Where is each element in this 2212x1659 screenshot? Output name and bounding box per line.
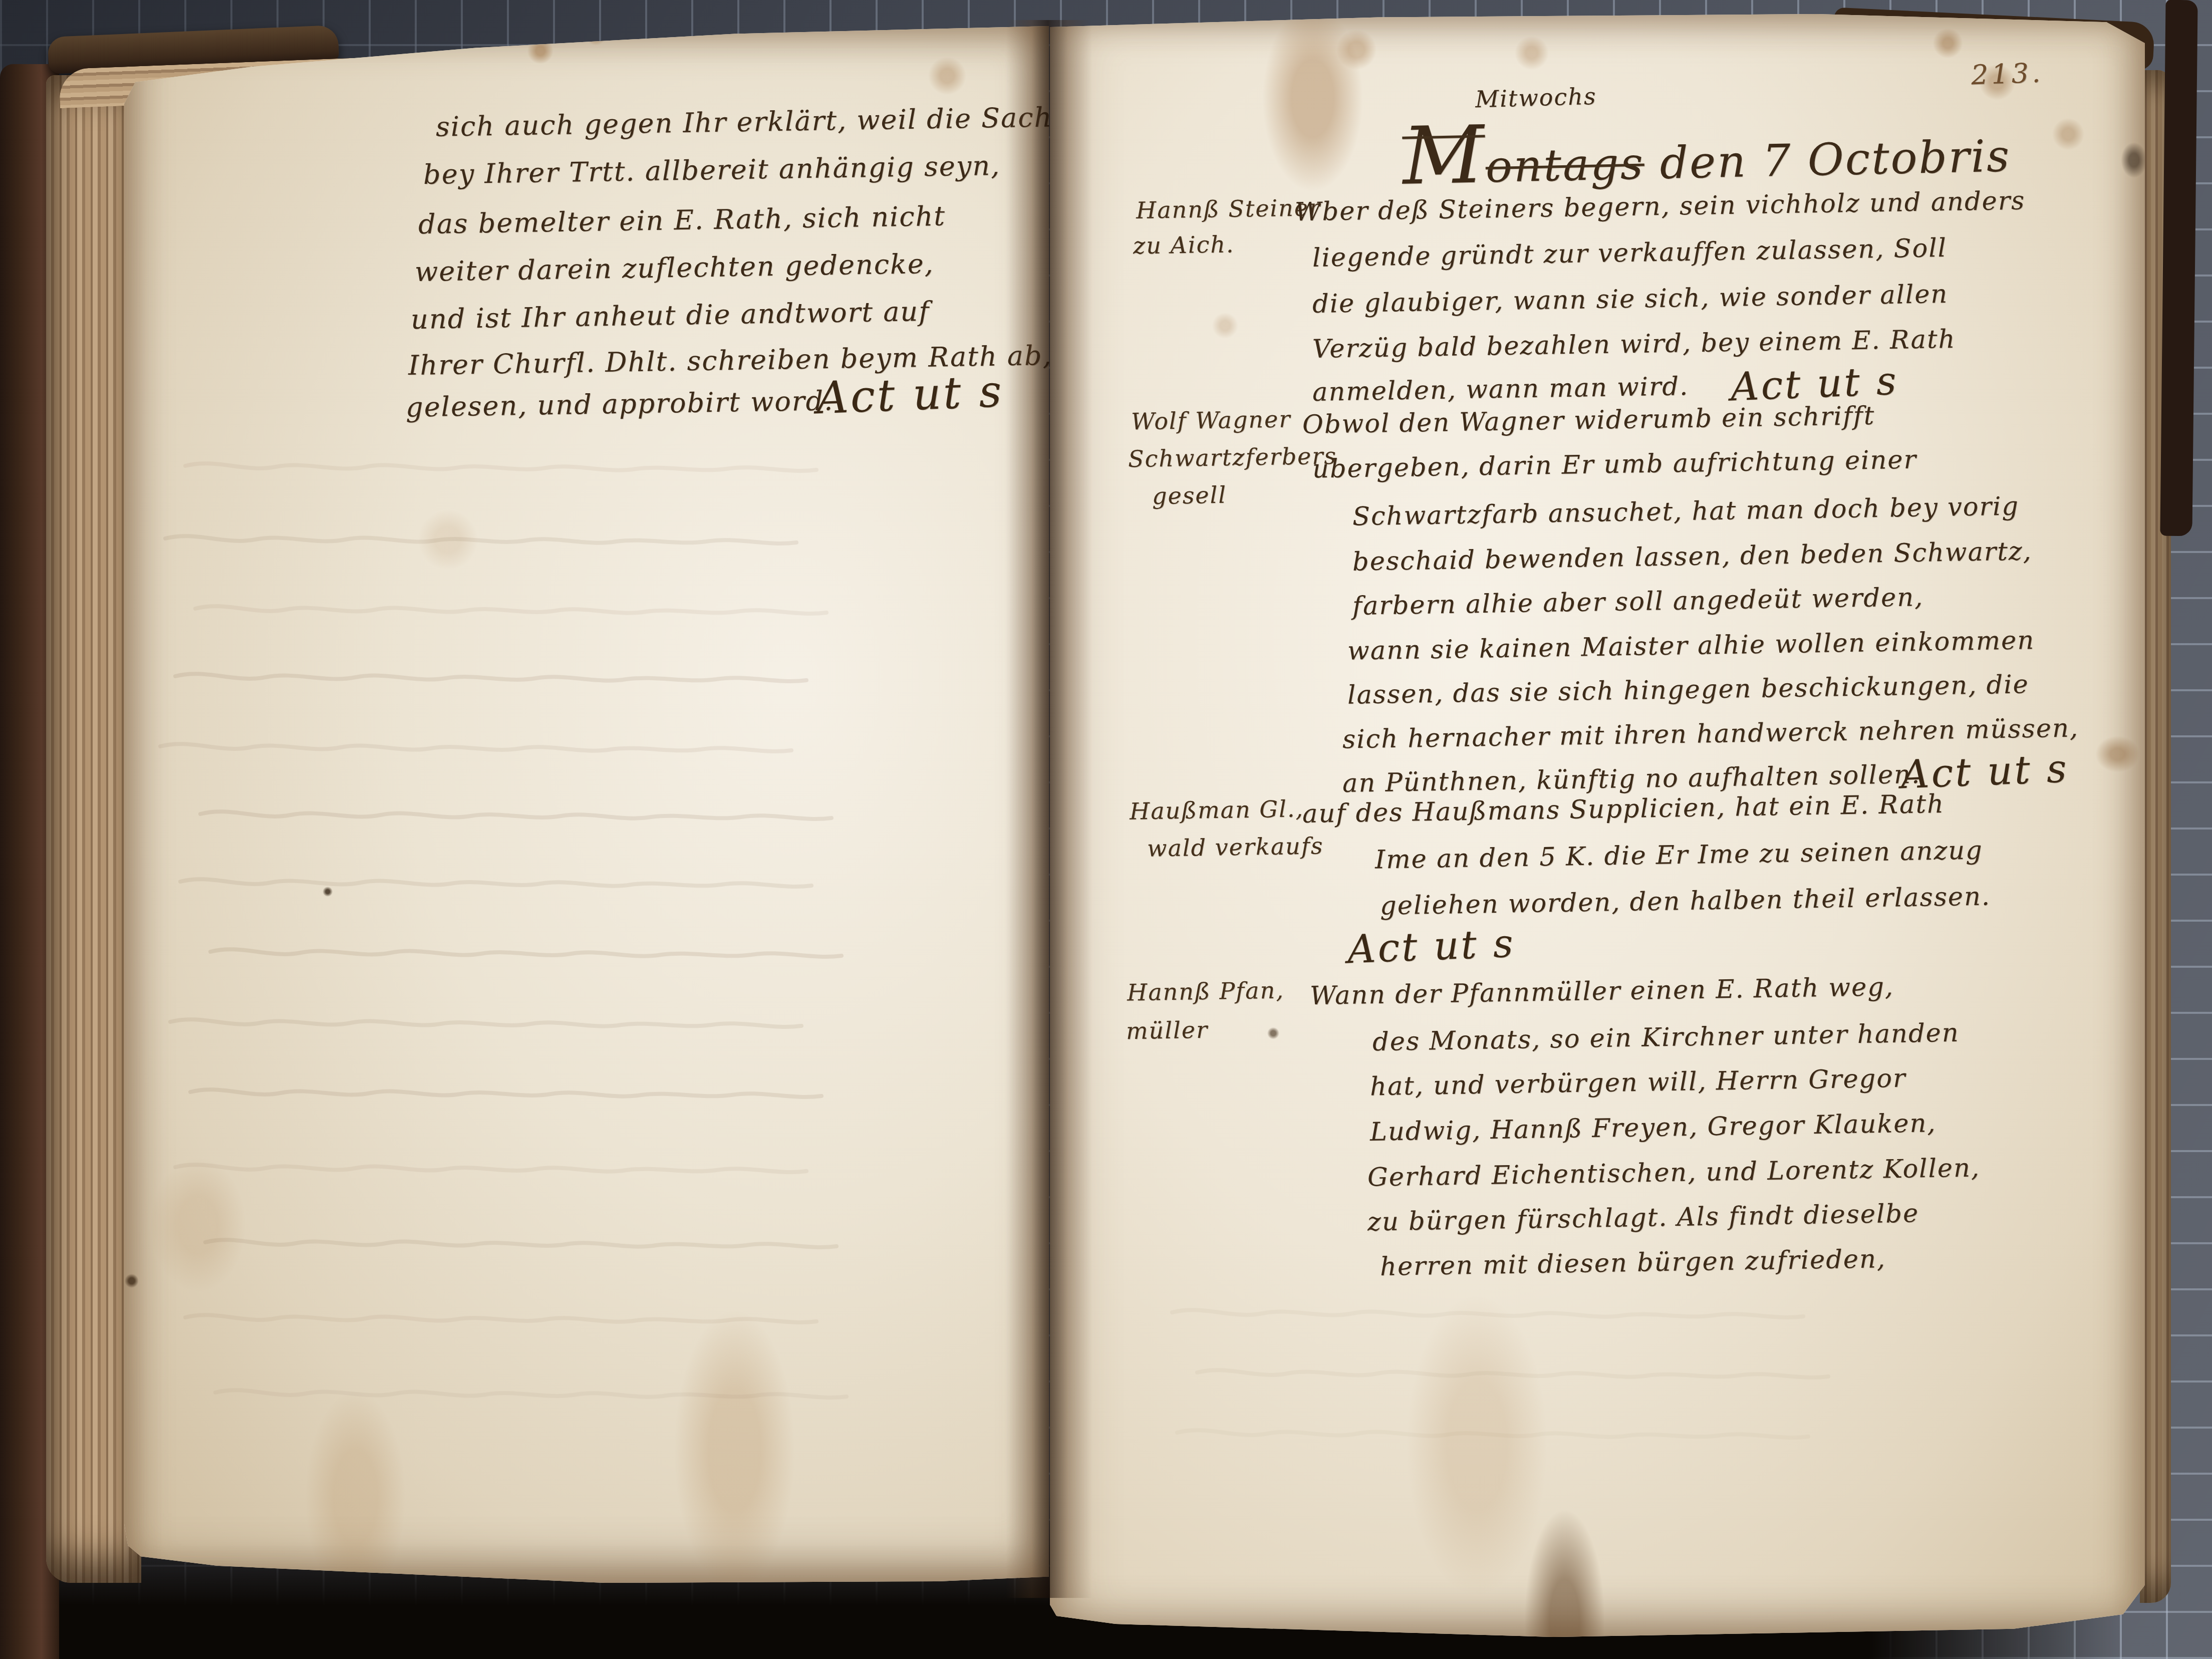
margin-note: müller: [1126, 1016, 1209, 1045]
margin-note: gesell: [1152, 481, 1227, 509]
margin-note: zu Aich.: [1133, 230, 1235, 259]
actum-flourish: Act ut s: [1346, 921, 1516, 973]
actum-flourish: Act ut s: [815, 365, 1004, 424]
margin-note: wald verkaufs: [1147, 832, 1324, 862]
margin-note: Hannß Pfan,: [1127, 977, 1285, 1006]
header-date-line: Montags den 7 Octobris: [1402, 98, 2011, 202]
margin-note: Schwartzferbers: [1128, 442, 1337, 473]
margin-note: Hannß Steiner: [1136, 194, 1321, 224]
manuscript-line: gelesen, und approbirt word.: [406, 385, 834, 423]
header-date-rest: den 7 Octobris: [1660, 130, 2012, 189]
margin-note: Haußman Gl.,: [1130, 795, 1304, 824]
header-day-struck: Montags: [1403, 138, 1645, 194]
leather-cover-right: [2160, 0, 2197, 536]
manuscript-photo: sich auch gegen Ihr erklärt, weil die Sa…: [0, 0, 2212, 1659]
entry-line: anmelden, wann man wird.: [1312, 372, 1689, 407]
margin-note: Wolf Wagner: [1131, 405, 1291, 435]
page-number: 213.: [1971, 57, 2044, 91]
